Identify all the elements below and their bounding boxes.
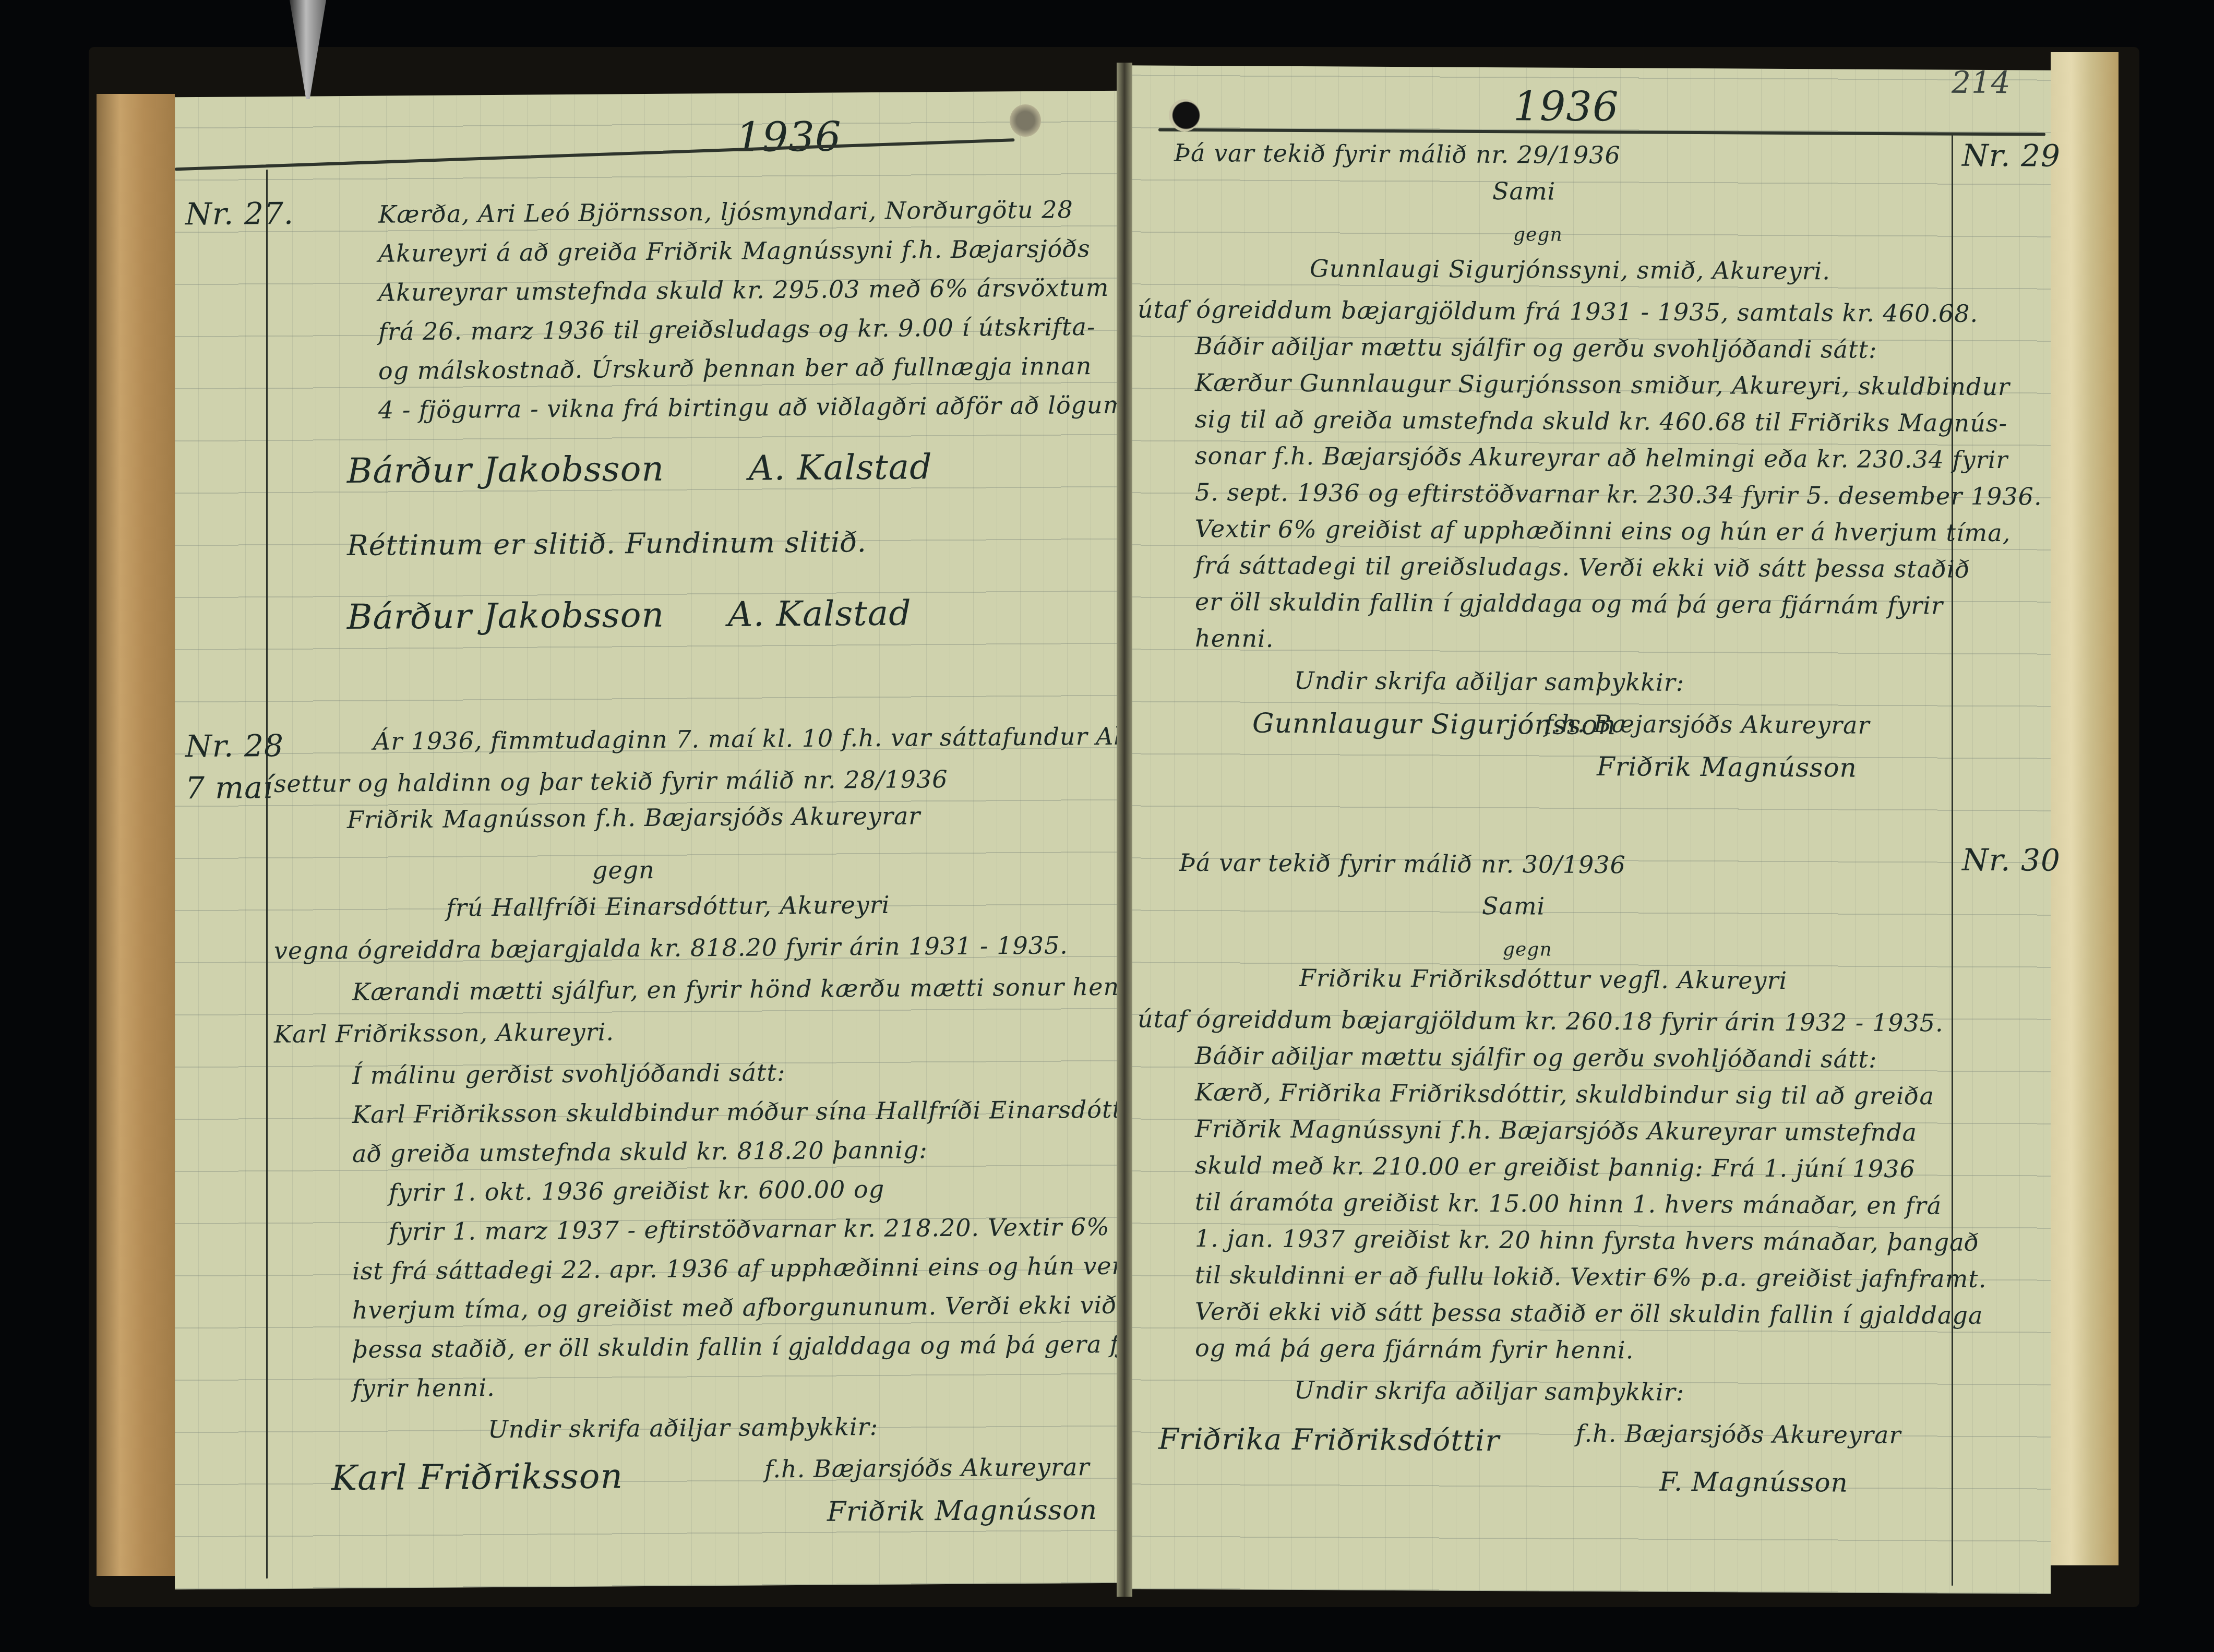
right-page-year: 1936 <box>1513 83 1619 130</box>
entry-27-line: Akureyri á að greiða Friðrik Magnússyni … <box>378 234 1091 268</box>
entry-28-line: Karl Friðriksson, Akureyri. <box>274 1017 614 1048</box>
entry-29-line: Þá var tekið fyrir málið nr. 29/1936 <box>1174 139 1621 169</box>
left-page-year: 1936 <box>736 113 842 161</box>
book-gutter <box>1117 63 1132 1597</box>
margin-column-rule <box>1952 135 1953 1586</box>
right-page-stack-edge <box>2051 52 2119 1565</box>
entry-29-line: sig til að greiða umstefnda skuld kr. 46… <box>1195 405 2007 437</box>
entry-30-line: Kærð, Friðrika Friðriksdóttir, skuldbind… <box>1195 1078 1934 1110</box>
punch-hole <box>1010 104 1041 137</box>
entry-28-line: frú Hallfríði Einarsdóttur, Akureyri <box>446 891 890 922</box>
entry-28-line: að greiða umstefnda skuld kr. 818.20 þan… <box>352 1135 928 1168</box>
entry-30-line: Verði ekki við sátt þessa staðið er öll … <box>1195 1297 1983 1330</box>
entry-30-line: Sami <box>1482 892 1545 920</box>
left-page: 1936 Nr. 27. Kærða, Ari Leó Björnsson, l… <box>175 91 1124 1590</box>
entry-27-line: 4 - fjögurra - vikna frá birtingu að við… <box>378 391 1134 424</box>
entry-28-line: fyrir 1. marz 1937 - eftirstöðvarnar kr.… <box>389 1212 1192 1246</box>
margin-column-rule <box>266 170 268 1578</box>
entry-28-line: Ár 1936, fimmtudaginn 7. maí kl. 10 f.h.… <box>373 721 1225 755</box>
signature-plaintiff: Friðrik Magnússon <box>827 1494 1097 1528</box>
entry-date-28: 7 maí <box>185 770 273 806</box>
signature-defendant: Friðrika Friðriksdóttir <box>1158 1422 1500 1458</box>
signature-on-behalf: f.h. Bæjarsjóðs Akureyrar <box>764 1453 1090 1483</box>
entry-28-line: ist frá sáttadegi 22. apr. 1936 af upphæ… <box>352 1251 1167 1285</box>
entry-30-line: útaf ógreiddum bæjargjöldum kr. 260.18 f… <box>1138 1004 1944 1037</box>
signature-plaintiff: Friðrik Magnússon <box>1597 751 1857 783</box>
entry-30-line: til skuldinni er að fullu lokið. Vextir … <box>1195 1261 1986 1293</box>
signature-on-behalf: f.h. Bæjarsjóðs Akureyrar <box>1545 710 1870 739</box>
entry-29-line: Undir skrifa aðiljar samþykkir: <box>1294 666 1684 697</box>
entry-27-line: Kærða, Ari Leó Björnsson, ljósmyndari, N… <box>378 195 1073 228</box>
closing-statement: Réttinum er slitið. Fundinum slitið. <box>347 525 867 562</box>
entry-29-line: Báðir aðiljar mættu sjálfir og gerðu svo… <box>1195 332 1877 364</box>
entry-29-line: frá sáttadegi til greiðsludags. Verði ek… <box>1195 551 1970 583</box>
entry-29-line: Gunnlaugi Sigurjónssyni, smið, Akureyri. <box>1310 254 1830 285</box>
entry-28-line: vegna ógreiddra bæjargjalda kr. 818.20 f… <box>274 931 1068 965</box>
entry-30-line: Báðir aðiljar mættu sjálfir og gerðu svo… <box>1195 1042 1877 1073</box>
entry-30-line: Friðriku Friðriksdóttur vegfl. Akureyri <box>1299 964 1787 995</box>
entry-28-line: settur og haldinn og þar tekið fyrir mál… <box>274 765 948 798</box>
entry-number-29: Nr. 29 <box>1962 138 2061 174</box>
entry-28-line: fyrir 1. okt. 1936 greiðist kr. 600.00 o… <box>389 1175 884 1207</box>
entry-29-line: Vextir 6% greiðist af upphæðinni eins og… <box>1195 514 2010 547</box>
entry-28-line: gegn <box>592 856 655 884</box>
entry-28-line: fyrir henni. <box>352 1373 495 1403</box>
entry-27-line: Akureyrar umstefnda skuld kr. 295.03 með… <box>378 273 1109 307</box>
entry-number-30: Nr. 30 <box>1962 842 2061 878</box>
entry-30-line: Þá var tekið fyrir málið nr. 30/1936 <box>1179 848 1626 879</box>
entry-29-line: útaf ógreiddum bæjargjöldum frá 1931 - 1… <box>1138 295 1978 327</box>
entry-29-line: 5. sept. 1936 og eftirstöðvarnar kr. 230… <box>1195 478 2042 511</box>
entry-30-line: Undir skrifa aðiljar samþykkir: <box>1294 1376 1684 1406</box>
entry-29-line: henni. <box>1195 624 1274 653</box>
entry-30-line: til áramóta greiðist kr. 15.00 hinn 1. h… <box>1195 1188 1942 1219</box>
entry-30-line: 1. jan. 1937 greiðist kr. 20 hinn fyrsta… <box>1195 1224 1979 1256</box>
entry-28-line: Kærandi mætti sjálfur, en fyrir hönd kær… <box>352 972 1168 1006</box>
entry-27-line: frá 26. marz 1936 til greiðsludags og kr… <box>378 313 1095 346</box>
entry-28-line: Í málinu gerðist svohljóðandi sátt: <box>352 1058 786 1090</box>
entry-27-line: og málskostnað. Úrskurð þennan ber að fu… <box>378 352 1092 385</box>
entry-28-line: þessa staðið, er öll skuldin fallin í gj… <box>352 1330 1208 1363</box>
signature-defendant: Karl Friðriksson <box>331 1456 623 1498</box>
entry-30-line: skuld með kr. 210.00 er greiðist þannig:… <box>1195 1151 1916 1183</box>
signature-judge: Bárður Jakobsson <box>347 449 664 491</box>
header-rule <box>175 138 1015 171</box>
entry-number-27: Nr. 27. <box>185 196 294 232</box>
entry-number-28: Nr. 28 <box>185 728 284 764</box>
entry-29-line: sonar f.h. Bæjarsjóðs Akureyrar að helmi… <box>1195 441 2008 474</box>
page-number: 214 <box>1952 65 2011 101</box>
signature-plaintiff: F. Magnússon <box>1659 1467 1848 1498</box>
entry-30-line: gegn <box>1503 939 1552 960</box>
entry-30-line: og má þá gera fjárnám fyrir henni. <box>1195 1334 1634 1364</box>
signature-witness: A. Kalstad <box>749 447 932 488</box>
signature-witness: A. Kalstad <box>728 593 911 634</box>
entry-29-line: Kærður Gunnlaugur Sigurjónsson smiður, A… <box>1195 368 2010 401</box>
entry-29-line: Sami <box>1492 177 1555 206</box>
entry-28-line: hverjum tíma, og greiðist með afborgunun… <box>352 1290 1173 1324</box>
entry-28-line: Undir skrifa aðiljar samþykkir: <box>488 1412 878 1443</box>
entry-30-line: Friðrik Magnússyni f.h. Bæjarsjóðs Akure… <box>1195 1115 1917 1146</box>
signature-judge: Bárður Jakobsson <box>347 595 664 637</box>
signature-on-behalf: f.h. Bæjarsjóðs Akureyrar <box>1576 1419 1901 1449</box>
left-page-stack-edge <box>97 94 175 1576</box>
punch-hole <box>1169 99 1200 131</box>
entry-28-line: Friðrik Magnússon f.h. Bæjarsjóðs Akurey… <box>347 801 920 834</box>
entry-29-line: er öll skuldin fallin í gjalddaga og má … <box>1195 588 1943 620</box>
right-page: 214 1936 Nr. 29 Þá var tekið fyrir málið… <box>1127 65 2051 1594</box>
entry-29-line: gegn <box>1513 224 1563 245</box>
entry-28-line: Karl Friðriksson skuldbindur móður sína … <box>352 1095 1185 1129</box>
